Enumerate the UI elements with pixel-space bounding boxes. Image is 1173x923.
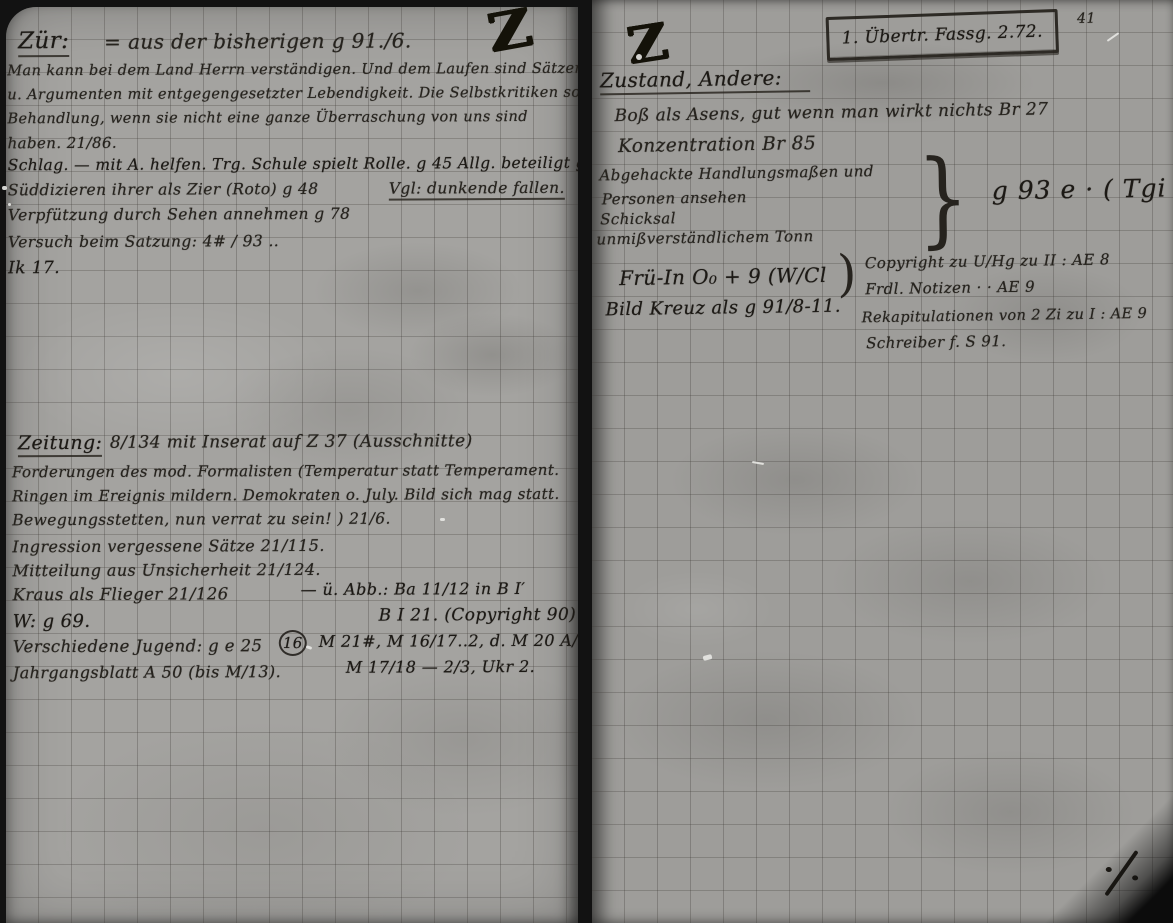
handwritten-line: Frü-In O₀ + 9 (W/Cl xyxy=(619,263,827,290)
handwritten-line: Behandlung, wenn sie nicht eine ganze Üb… xyxy=(7,109,528,127)
big-paren-icon: ) xyxy=(837,244,857,302)
header-box-label: 1. Übertr. Fassg. 2.72. xyxy=(841,22,1043,49)
handwritten-line: Frdl. Notizen · · AE 9 xyxy=(865,278,1035,299)
handwritten-line: Personen ansehen xyxy=(602,188,747,208)
page-heading: Zustand, Andere: xyxy=(600,65,810,95)
ink-layer-right: Z 1. Übertr. Fassg. 2.72. 41 Zustand, An… xyxy=(592,0,1173,923)
handwritten-line: Verpfützung durch Sehen annehmen g 78 xyxy=(8,205,351,224)
handwritten-line: Bewegungsstetten, nun verrat zu sein! ) … xyxy=(12,510,391,530)
paper-speck xyxy=(8,203,11,206)
margin-note: — ü. Abb.: Ba 11/12 in B I′ xyxy=(301,579,526,599)
scan-corner-shadow xyxy=(1023,793,1173,923)
ink-layer-left: Z Zür: = aus der bisherigen g 91./6. Man… xyxy=(6,7,578,923)
handwritten-line: Kraus als Flieger 21/126 xyxy=(13,584,229,604)
handwritten-line: u. Argumenten mit entgegengesetzter Lebe… xyxy=(7,85,578,104)
header-box: 1. Übertr. Fassg. 2.72. xyxy=(826,9,1059,61)
page-number: 41 xyxy=(1077,11,1096,27)
section-title-zur: Zür: xyxy=(18,28,69,57)
handwritten-line: Süddizieren ihrer als Zier (Roto) g 48 xyxy=(8,180,319,199)
handwritten-line: Ik 17. xyxy=(8,258,60,278)
margin-note: M 21#, M 16/17..2, d. M 20 A/3 xyxy=(319,631,578,651)
paper-speck xyxy=(636,54,642,60)
ink-blot-mark-right: Z xyxy=(623,11,672,76)
handwritten-line: Man kann bei dem Land Herrn verständigen… xyxy=(7,61,578,80)
handwritten-line: Versuch beim Satzung: 4# / 93 .. xyxy=(8,232,279,251)
handwritten-line: Schicksal xyxy=(600,209,676,228)
circled-number: 16 xyxy=(279,630,307,656)
margin-note: B I 21. (Copyright 90) xyxy=(379,605,577,626)
section-title-zeitung: Zeitung: xyxy=(18,432,103,457)
handwritten-line: Mitteilung aus Unsicherheit 21/124. xyxy=(12,560,321,580)
handwritten-line: 8/134 mit Inserat auf Z 37 (Ausschnitte) xyxy=(110,431,473,453)
handwritten-line: Bild Kreuz als g 91/8-11. xyxy=(605,296,841,321)
paper-speck xyxy=(440,518,445,521)
handwritten-line: haben. 21/86. xyxy=(8,134,118,152)
handwritten-line: Forderungen des mod. Formalisten (Temper… xyxy=(12,461,559,481)
handwritten-line: Rekapitulationen von 2 Zi zu I : AE 9 xyxy=(862,306,1148,326)
handwritten-line: Konzentration Br 85 xyxy=(618,133,816,157)
paper-speck xyxy=(2,186,7,190)
handwritten-line: Ingression vergessene Sätze 21/115. xyxy=(12,536,325,556)
handwritten-line: Schlag. — mit A. helfen. Trg. Schule spi… xyxy=(8,154,578,175)
handwritten-line: Jahrgangsblatt A 50 (bis M/13). xyxy=(13,662,281,682)
brace-note: g 93 e · ( Tgi ) xyxy=(992,173,1173,205)
right-page: Z 1. Übertr. Fassg. 2.72. 41 Zustand, An… xyxy=(592,0,1173,923)
margin-note: M 17/18 — 2/3, Ukr 2. xyxy=(346,657,535,677)
handwritten-line: W: g 69. xyxy=(13,611,91,632)
handwritten-line: unmißverständlichem Tonn xyxy=(596,227,813,248)
ink-blot-mark-left: Z xyxy=(483,7,537,64)
handwritten-line: Boß als Asens, gut wenn man wirkt nichts… xyxy=(614,99,1048,126)
underlined-note: Vgl: dunkende fallen. xyxy=(389,179,565,201)
handwritten-line: Verschiedene Jugend: g e 25 xyxy=(13,636,263,656)
handwritten-line: Ringen im Ereignis mildern. Demokraten o… xyxy=(12,485,560,505)
handwritten-line: Schreiber f. S 91. xyxy=(866,332,1007,352)
left-page: Z Zür: = aus der bisherigen g 91./6. Man… xyxy=(6,7,578,923)
header-rest: = aus der bisherigen g 91./6. xyxy=(104,28,412,53)
handwritten-line: Abgehackte Handlungsmaßen und xyxy=(599,162,874,184)
handwritten-line: Copyright zu U/Hg zu II : AE 8 xyxy=(865,250,1110,272)
notebook-scan: Z Zür: = aus der bisherigen g 91./6. Man… xyxy=(0,0,1173,923)
brace-icon: } xyxy=(916,137,970,260)
